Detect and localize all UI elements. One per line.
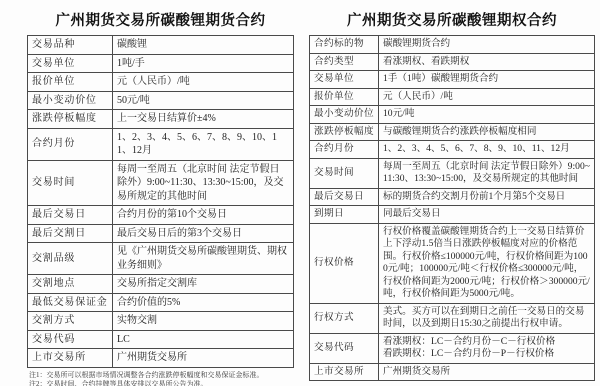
- spec-label: 交易品种: [28, 36, 113, 55]
- table-row: 交易单位 1吨/手: [28, 54, 294, 73]
- table-row: 报价单位 元（人民币）/吨: [310, 88, 595, 106]
- table-row: 最后交易日 标的期货合约交割月份前1个月第5个交易日: [310, 188, 595, 206]
- spec-value: 合约月份的第10个交易日: [113, 206, 294, 225]
- spec-label: 报价单位: [310, 88, 379, 106]
- spec-value: LC: [113, 330, 294, 349]
- spec-value: 碳酸锂: [113, 36, 294, 55]
- table-row: 上市交易所 广州期货交易所: [310, 363, 595, 381]
- spec-value: 1手（1吨）碳酸锂期货合约: [379, 71, 595, 89]
- table-row: 报价单位 元（人民币）/吨: [28, 73, 294, 92]
- spec-label: 上市交易所: [310, 363, 379, 381]
- spec-label: 涨跌停板幅度: [28, 110, 113, 129]
- spec-value: 1、2、3、4、5、6、7、8、9、10、11、12月: [379, 141, 595, 159]
- futures-contract-panel: 广州期货交易所碳酸锂期货合约 交易品种 碳酸锂 交易单位 1吨/手 报价单位 元…: [27, 7, 294, 386]
- spec-label: 到期日: [310, 206, 379, 224]
- spec-value: 最后交易日后的第3个交易日: [113, 224, 294, 243]
- spec-label: 上市交易所: [28, 349, 113, 368]
- table-row: 交易时间 每周一至周五（北京时间 法定节假日除外）9:00~11:30、13:3…: [310, 158, 595, 188]
- spec-label: 最后交易日: [310, 188, 379, 206]
- spec-label: 交易代码: [310, 333, 379, 363]
- table-row: 涨跌停板幅度 与碳酸锂期货合约涨跌停板幅度相同: [310, 123, 595, 141]
- table-row: 交易品种 碳酸锂: [28, 36, 294, 55]
- options-spec-table: 合约标的物 碳酸锂期货合约 合约类型 看涨期权、看跌期权 交易单位 1手（1吨）…: [309, 35, 595, 381]
- spec-label: 交易单位: [28, 54, 113, 73]
- spec-value: 广州期货交易所: [113, 349, 294, 368]
- spec-label: 交割品级: [28, 243, 113, 275]
- table-row: 合约类型 看涨期权、看跌期权: [310, 53, 595, 71]
- spec-value: 1吨/手: [113, 54, 294, 73]
- table-row: 最后交割日 最后交易日后的第3个交易日: [28, 224, 294, 243]
- footnotes: 注1：交易所可以根据市场情况调整各合约涨跌停板幅度和交易保证金标准。 注2：交易…: [29, 371, 294, 386]
- options-contract-panel: 广州期货交易所碳酸锂期权合约 合约标的物 碳酸锂期货合约 合约类型 看涨期权、看…: [309, 7, 595, 381]
- spec-label: 行权方式: [310, 303, 379, 333]
- spec-label: 最低交易保证金: [28, 293, 113, 312]
- table-row: 涨跌停板幅度 上一交易日结算价±4%: [28, 110, 294, 129]
- spec-value: 标的期货合约交割月份前1个月第5个交易日: [379, 188, 595, 206]
- spec-value: 行权价格覆盖碳酸锂期货合约上一交易日结算价上下浮动1.5倍当日涨跌停板幅度对应的…: [379, 223, 595, 303]
- table-row: 行权价格 行权价格覆盖碳酸锂期货合约上一交易日结算价上下浮动1.5倍当日涨跌停板…: [310, 223, 595, 303]
- spec-value: 广州期货交易所: [379, 363, 595, 381]
- spec-value: 合约价值的5%: [113, 293, 294, 312]
- table-row: 行权方式 美式。买方可以在到期日之前任一交易日的交易时间，以及到期日15:30之…: [310, 303, 595, 333]
- table-row: 交易代码 LC: [28, 330, 294, 349]
- spec-value: 实物交割: [113, 312, 294, 331]
- footnote-2: 注2：交易时间、合约挂牌等具体安排以交易所公告为准。: [29, 380, 294, 386]
- table-row: 最小变动价位 10元/吨: [310, 106, 595, 124]
- spec-label: 交割地点: [28, 275, 113, 294]
- spec-value: 交易所指定交割库: [113, 275, 294, 294]
- contract-spec-page: 广州期货交易所碳酸锂期货合约 交易品种 碳酸锂 交易单位 1吨/手 报价单位 元…: [0, 0, 600, 386]
- table-row: 交割地点 交易所指定交割库: [28, 275, 294, 294]
- spec-value: 元（人民币）/吨: [379, 88, 595, 106]
- spec-label: 合约类型: [310, 53, 379, 71]
- table-row: 上市交易所 广州期货交易所: [28, 349, 294, 368]
- spec-label: 最小变动价位: [310, 106, 379, 124]
- spec-value: 10元/吨: [379, 106, 595, 124]
- spec-label: 行权价格: [310, 223, 379, 303]
- spec-value: 碳酸锂期货合约: [379, 36, 595, 54]
- table-row: 合约月份 1、2、3、4、5、6、7、8、9、10、11、12月: [310, 141, 595, 159]
- spec-label: 报价单位: [28, 73, 113, 92]
- spec-value: 元（人民币）/吨: [113, 73, 294, 92]
- spec-value: 1、2、3、4、5、6、7、8、9、10、11、12月: [113, 128, 294, 160]
- table-row: 交易代码 看涨期权：LC－合约月份－C－行权价格 看跌期权：LC－合约月份－P－…: [310, 333, 595, 363]
- futures-spec-table: 交易品种 碳酸锂 交易单位 1吨/手 报价单位 元（人民币）/吨 最小变动价位 …: [27, 35, 294, 368]
- table-row: 交易时间 每周一至周五（北京时间 法定节假日除外）9:00~11:30、13:3…: [28, 160, 294, 206]
- spec-label: 最小变动价位: [28, 91, 113, 110]
- spec-value: 看涨期权、看跌期权: [379, 53, 595, 71]
- spec-label: 最后交割日: [28, 224, 113, 243]
- table-row: 交割品级 见《广州期货交易所碳酸锂期货、期权业务细则》: [28, 243, 294, 275]
- table-row: 合约标的物 碳酸锂期货合约: [310, 36, 595, 54]
- spec-value: 50元/吨: [113, 91, 294, 110]
- spec-label: 交易单位: [310, 71, 379, 89]
- spec-label: 交割方式: [28, 312, 113, 331]
- spec-label: 交易代码: [28, 330, 113, 349]
- table-row: 最小变动价位 50元/吨: [28, 91, 294, 110]
- spec-label: 交易时间: [310, 158, 379, 188]
- spec-label: 涨跌停板幅度: [310, 123, 379, 141]
- spec-value: 美式。买方可以在到期日之前任一交易日的交易时间，以及到期日15:30之前提出行权…: [379, 303, 595, 333]
- footnote-1: 注1：交易所可以根据市场情况调整各合约涨跌停板幅度和交易保证金标准。: [29, 371, 294, 380]
- spec-value: 每周一至周五（北京时间 法定节假日除外）9:00~11:30、13:30~15:…: [379, 158, 595, 188]
- table-row: 到期日 同最后交易日: [310, 206, 595, 224]
- spec-value: 看涨期权：LC－合约月份－C－行权价格 看跌期权：LC－合约月份－P－行权价格: [379, 333, 595, 363]
- spec-value: 同最后交易日: [379, 206, 595, 224]
- table-row: 最后交易日 合约月份的第10个交易日: [28, 206, 294, 225]
- spec-value: 每周一至周五（北京时间 法定节假日除外）9:00~11:30、13:30~15:…: [113, 160, 294, 206]
- futures-table-title: 广州期货交易所碳酸锂期货合约: [27, 9, 294, 30]
- table-row: 最低交易保证金 合约价值的5%: [28, 293, 294, 312]
- spec-label: 合约月份: [310, 141, 379, 159]
- spec-label: 交易时间: [28, 160, 113, 206]
- spec-value: 上一交易日结算价±4%: [113, 110, 294, 129]
- spec-label: 合约标的物: [310, 36, 379, 54]
- options-table-title: 广州期货交易所碳酸锂期权合约: [309, 9, 595, 30]
- spec-value: 与碳酸锂期货合约涨跌停板幅度相同: [379, 123, 595, 141]
- table-row: 合约月份 1、2、3、4、5、6、7、8、9、10、11、12月: [28, 128, 294, 160]
- spec-label: 合约月份: [28, 128, 113, 160]
- spec-value: 见《广州期货交易所碳酸锂期货、期权业务细则》: [113, 243, 294, 275]
- table-row: 交割方式 实物交割: [28, 312, 294, 331]
- spec-label: 最后交易日: [28, 206, 113, 225]
- table-row: 交易单位 1手（1吨）碳酸锂期货合约: [310, 71, 595, 89]
